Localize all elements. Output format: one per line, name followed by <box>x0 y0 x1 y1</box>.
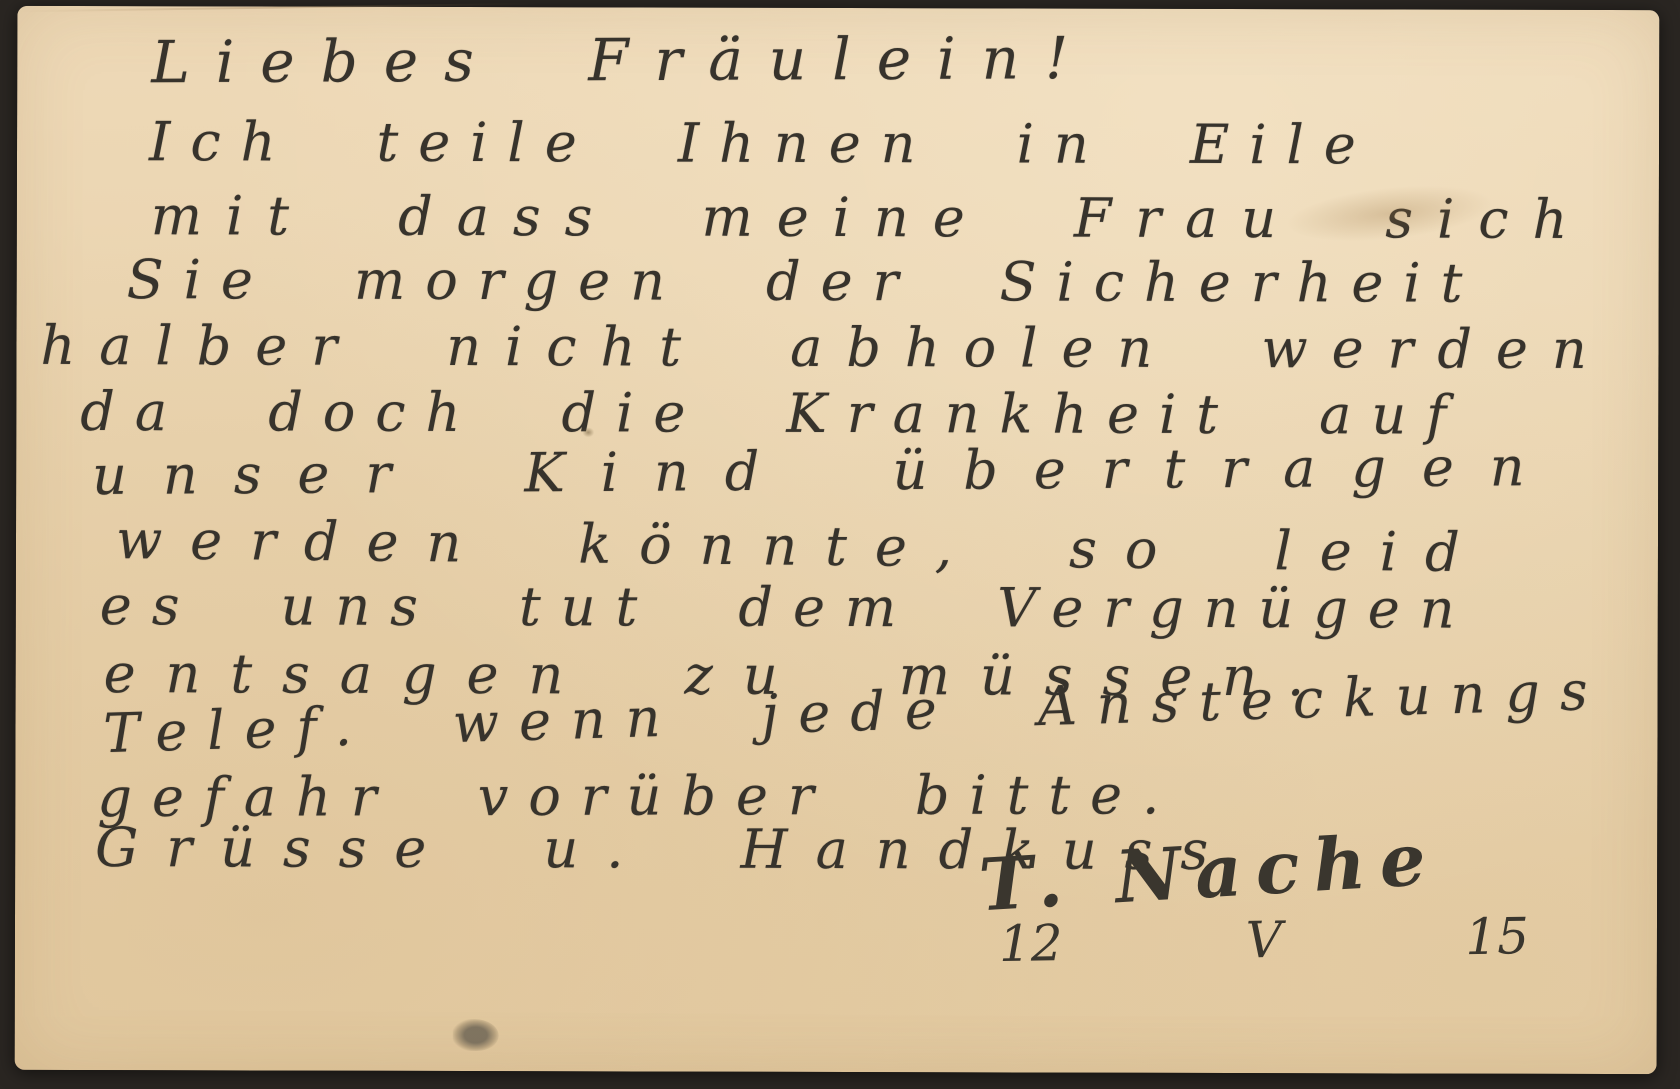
date-day: 12 <box>999 914 1063 973</box>
letter-line: unser Kind übertragen <box>92 435 1561 507</box>
paper-scratch <box>17 3 537 13</box>
photo-background: Liebes Fräulein! Ich teile Ihnen in Eile… <box>0 0 1680 1089</box>
letter-line: Liebes Fräulein! <box>151 24 1094 96</box>
date-line: 12 V 15 <box>999 907 1530 973</box>
ink-speck <box>453 1019 499 1051</box>
date-month: V <box>1245 911 1282 970</box>
paper-speck <box>582 427 594 437</box>
postcard: Liebes Fräulein! Ich teile Ihnen in Eile… <box>15 6 1660 1074</box>
date-year: 15 <box>1465 907 1529 966</box>
letter-line: es uns tut dem Vergnügen <box>100 574 1475 641</box>
letter-line: halber nicht abholen werden <box>40 314 1610 381</box>
letter-line: Sie morgen der Sicherheit <box>127 248 1483 315</box>
letter-line: Ich teile Ihnen in Eile <box>149 110 1376 176</box>
letter-line: werden könnte, so leid <box>116 508 1488 584</box>
